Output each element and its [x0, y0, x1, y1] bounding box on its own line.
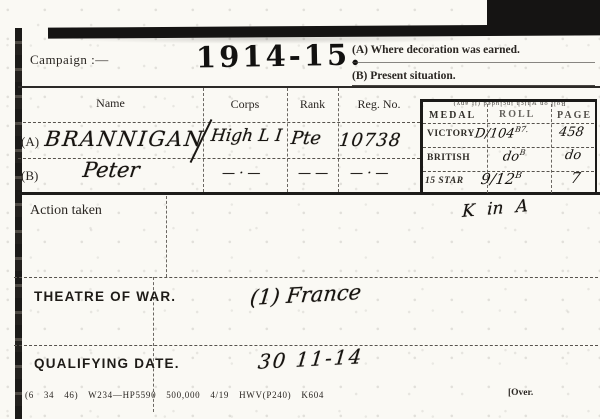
qualifying-date-label: QUALIFYING DATE. — [34, 356, 180, 371]
star-roll-main: 9/12 — [480, 170, 516, 188]
row-divider — [18, 122, 420, 123]
medal-row-divider — [423, 123, 594, 124]
forename-value: Peter — [82, 158, 141, 182]
victory-roll-value: D/104B7. — [474, 125, 529, 141]
medal-box-overprint: Roll on which included (if any) — [423, 100, 595, 107]
row-a-label: (A) — [21, 134, 39, 150]
british-roll-main: do — [502, 149, 520, 164]
column-divider — [287, 88, 288, 192]
corps-value: High L I — [210, 126, 283, 146]
form-print-code: (6 34 46) W234—HP5590 500,000 4/19 HWV(P… — [25, 390, 324, 400]
star-roll-value: 9/12B — [480, 170, 523, 188]
section-divider — [14, 345, 598, 346]
medal-column-divider — [551, 104, 552, 193]
column-header-regno: Reg. No. — [338, 97, 420, 112]
theatre-of-war-label: THEATRE OF WAR. — [34, 289, 176, 304]
top-right-block — [487, 0, 600, 31]
note-a-underline — [352, 62, 595, 63]
medal-roll-box: Roll on which included (if any) MEDAL RO… — [420, 99, 597, 193]
note-where-earned: (A) Where decoration was earned. — [352, 44, 520, 56]
section-divider — [14, 277, 598, 278]
medal-row-victory: VICTORY — [427, 129, 475, 139]
victory-roll-sup: B7. — [515, 125, 529, 134]
surname-value: BRANNIGAN — [44, 127, 207, 151]
medal-row-star: 15 STAR — [425, 176, 464, 186]
campaign-label: Campaign :— — [30, 52, 109, 68]
table-top-line — [18, 86, 600, 88]
note-present-situation: (B) Present situation. — [352, 70, 456, 82]
regno-ditto-mark: — · — — [349, 166, 389, 181]
british-page-value: do — [564, 148, 582, 163]
theatre-of-war-value: (1) France — [249, 280, 363, 310]
campaign-years: 1914-15. — [196, 38, 364, 75]
roll-header: ROLL — [499, 109, 535, 120]
page-header: PAGE — [557, 110, 592, 121]
row-divider — [18, 158, 420, 159]
medal-header: MEDAL — [429, 110, 476, 121]
column-header-corps: Corps — [203, 97, 287, 112]
regno-value: 10738 — [338, 130, 403, 151]
over-note: [Over. — [508, 388, 533, 398]
rank-value: Pte — [290, 128, 323, 149]
medal-index-card: Campaign :— 1914-15. (A) Where decoratio… — [0, 0, 600, 419]
star-page-value: 7 — [570, 169, 582, 187]
british-roll-sup: B — [519, 148, 526, 157]
column-header-name: Name — [18, 96, 203, 111]
row-b-label: (B) — [21, 168, 38, 184]
corps-ditto-mark: — · — — [221, 166, 261, 181]
victory-page-value: 458 — [558, 125, 585, 140]
action-taken-value: K in A — [462, 196, 529, 222]
qualifying-date-value: 30 11-14 — [257, 344, 365, 374]
victory-roll-main: D/104 — [474, 126, 516, 141]
column-header-rank: Rank — [287, 97, 338, 112]
star-roll-sup: B — [514, 171, 522, 181]
action-taken-label: Action taken — [30, 203, 102, 219]
action-column-divider — [166, 196, 167, 277]
rank-ditto-mark: — — — [297, 166, 329, 181]
medal-row-british: BRITISH — [427, 153, 470, 163]
british-roll-value: doB — [502, 148, 526, 164]
